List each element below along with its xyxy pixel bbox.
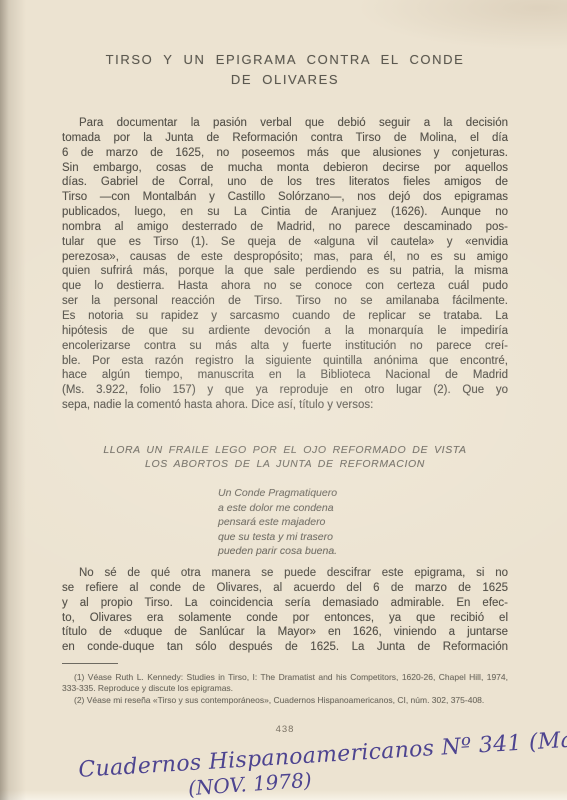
text-line: publicados, luego, en su La Cintia de Ar… (62, 205, 508, 220)
verse-line: pueden parir cosa buena. (218, 544, 337, 559)
scanned-journal-page: TIRSO Y UN EPIGRAMA CONTRA EL CONDE DE O… (0, 0, 567, 800)
epigram-heading-line2: LOS ABORTOS DE LA JUNTA DE REFORMACION (62, 458, 508, 472)
text-line: 6 de marzo de 1625, no poseemos más que … (62, 146, 508, 161)
page-number: 438 (62, 724, 508, 735)
epigram-heading: LLORA UN FRAILE LEGO POR EL OJO REFORMAD… (62, 444, 508, 471)
text-line: Sin embargo, cosas de mucha monta debier… (62, 161, 508, 176)
verse-line: que su testa y mi trasero (218, 530, 337, 545)
text-line: tular que es Tirso (1). Se queja de «alg… (62, 235, 508, 250)
footnote: (1) Véase Ruth L. Kennedy: Studies in Ti… (62, 672, 508, 694)
text-line: ser la personal reacción de Tirso. Tirso… (62, 294, 508, 309)
text-line: Tirso —con Montalbán y Castillo Solórzan… (62, 190, 508, 205)
verse-line: pensará este majadero (218, 515, 337, 530)
paragraph-1: Para documentar la pasión verbal que deb… (62, 116, 508, 413)
text-line: tomada por la Junta de Reformación contr… (62, 131, 508, 146)
text-line: ble. Por esta razón registro la siguient… (62, 354, 508, 369)
text-line: título de «duque de Sanlúcar la Mayor» e… (62, 625, 508, 640)
article-title-line2: DE OLIVARES (62, 70, 508, 90)
paragraph-2: No sé de qué otra manera se puede descif… (62, 566, 508, 655)
verse-line: Un Conde Pragmatiquero (218, 486, 337, 501)
text-line: se refiere al conde de Olivares, al acue… (62, 581, 508, 596)
text-line: Para documentar la pasión verbal que deb… (62, 116, 508, 131)
text-line: hace algún tiempo, manuscrita en la Bibl… (62, 368, 508, 383)
verse-line: a este dolor me condena (218, 501, 337, 516)
footnotes: (1) Véase Ruth L. Kennedy: Studies in Ti… (62, 672, 508, 706)
text-line: No sé de qué otra manera se puede descif… (62, 566, 508, 581)
text-line: en conde-duque tan sólo después de 1625.… (62, 640, 508, 655)
text-line: (Ms. 3.922, folio 157) y que ya reproduj… (62, 383, 508, 398)
text-line: sepa, nadie la comentó hasta ahora. Dice… (62, 398, 508, 413)
text-line: nombra al amigo desterrado de Madrid, no… (62, 220, 508, 235)
article-title-line1: TIRSO Y UN EPIGRAMA CONTRA EL CONDE (62, 50, 508, 70)
text-line: Es notoria su rapidez y sarcasmo cuando … (62, 309, 508, 324)
text-line: hipótesis de que su ardiente devoción a … (62, 324, 508, 339)
text-line: perezosa», causas de este despropósito; … (62, 250, 508, 265)
text-line: encolerizarse contra su más alta y fuert… (62, 339, 508, 354)
text-line: quien sufrirá más, porque la que sale pe… (62, 264, 508, 279)
text-line: días. Gabriel de Corral, uno de los tres… (62, 175, 508, 190)
footnote: (2) Véase mi reseña «Tirso y sus contemp… (62, 695, 508, 706)
epigram-verse: Un Conde Pragmatiqueroa este dolor me co… (218, 486, 337, 559)
epigram-heading-line1: LLORA UN FRAILE LEGO POR EL OJO REFORMAD… (62, 444, 508, 458)
text-line: que lo destierra. Hasta ahora no se cono… (62, 279, 508, 294)
footnote-separator-rule (62, 663, 118, 664)
text-line: y al propio Tirso. La coincidencia sería… (62, 596, 508, 611)
text-line: to, Olivares era solamente conde por ent… (62, 611, 508, 626)
article-title: TIRSO Y UN EPIGRAMA CONTRA EL CONDE DE O… (62, 50, 508, 90)
